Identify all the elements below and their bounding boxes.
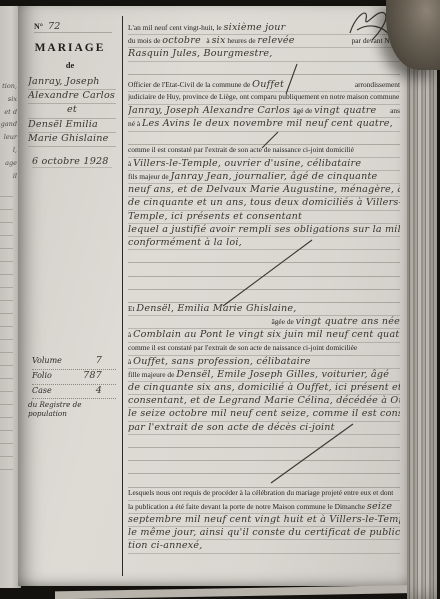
printed-text: heures de bbox=[226, 36, 258, 45]
printed-text: Officier de l'Etat-Civil de la commune d… bbox=[128, 80, 252, 89]
handwritten-text: sixième jour bbox=[224, 22, 286, 33]
act-text-line: septembre mil neuf cent vingt huit et à … bbox=[128, 514, 400, 527]
registry-row: Volume7 bbox=[32, 355, 116, 370]
printed-text: à bbox=[201, 36, 212, 45]
handwritten-text: de cinquante et un ans, tous deux domici… bbox=[128, 197, 400, 208]
handwritten-text: Comblain au Pont le vingt six juin mil n… bbox=[133, 329, 400, 340]
act-text-line: à Comblain au Pont le vingt six juin mil… bbox=[128, 329, 400, 342]
printed-text: fille majeure de bbox=[128, 370, 176, 379]
neighbor-text-fragment: il bbox=[13, 172, 17, 180]
printed-text: Lesquels nous ont requis de procéder à l… bbox=[128, 488, 393, 497]
act-text-line: le même jour, ainsi qu'il conste du cert… bbox=[128, 527, 400, 540]
act-text-line: Officier de l'Etat-Civil de la commune d… bbox=[128, 79, 400, 92]
ruled-blank-line bbox=[128, 461, 400, 474]
neighbor-text-fragment: leur bbox=[4, 133, 17, 141]
act-text-line: du mois de octobre à six heures de relev… bbox=[128, 35, 400, 48]
handwritten-text: Temple, ici présents et consentant bbox=[128, 211, 302, 222]
act-text-line: Et Densël, Emilia Marie Ghislaine, bbox=[128, 303, 400, 316]
handwritten-text: neuf ans, et de Delvaux Marie Augustine,… bbox=[128, 184, 400, 195]
printed-text: comme il est constaté par l'extrait de s… bbox=[128, 145, 354, 154]
handwritten-text: Ouffet, sans profession, célibataire bbox=[133, 356, 310, 367]
act-text-line: la publication a été faite devant la por… bbox=[128, 501, 400, 514]
act-text-line: Lesquels nous ont requis de procéder à l… bbox=[128, 488, 400, 501]
handwritten-text: Villers-le-Temple, ouvrier d'usine, céli… bbox=[133, 158, 361, 169]
handwritten-text: lequel a justifié avoir rempli ses oblig… bbox=[128, 224, 400, 235]
act-text-line: comme il est constaté par l'extrait de s… bbox=[128, 343, 400, 356]
party-name-line: Alexandre Carlos bbox=[28, 90, 116, 104]
act-number: N° 72 bbox=[34, 21, 112, 33]
ruled-blank-line bbox=[128, 290, 400, 303]
act-text-line: L'an mil neuf cent vingt-huit, le sixièm… bbox=[128, 22, 400, 35]
act-text-line: par l'extrait de son acte de décès ci-jo… bbox=[128, 422, 400, 435]
neighbor-text-fragment: tion, bbox=[2, 82, 17, 90]
registry-value: 4 bbox=[96, 385, 102, 396]
handwritten-text: consentant, et de Legrand Marie Célina, … bbox=[128, 395, 400, 406]
handwritten-text: septembre mil neuf cent vingt huit et à … bbox=[128, 514, 400, 525]
act-body-text: L'an mil neuf cent vingt-huit, le sixièm… bbox=[128, 22, 400, 554]
registry-value: 787 bbox=[83, 370, 102, 381]
act-text-line: Janray, Joseph Alexandre Carlos âgé de v… bbox=[128, 105, 400, 118]
registry-row: Case4 bbox=[32, 385, 116, 400]
act-text-line: le seize octobre mil neuf cent seize, co… bbox=[128, 408, 400, 421]
handwritten-text: relevée bbox=[257, 35, 294, 46]
act-text-line: judiciaire de Huy, province de Liège, on… bbox=[128, 92, 400, 105]
handwritten-text: tion ci-annexé, bbox=[128, 540, 203, 551]
handwritten-text: de cinquante six ans, domicilié à Ouffet… bbox=[128, 382, 400, 393]
ruled-blank-line bbox=[128, 263, 400, 276]
ruled-blank-line bbox=[128, 277, 400, 290]
ruled-blank-line bbox=[128, 250, 400, 263]
registry-label: Volume bbox=[32, 356, 62, 365]
handwritten-text: par l'extrait de son acte de décès ci-jo… bbox=[128, 422, 335, 433]
registry-row: Folio787 bbox=[32, 370, 116, 385]
printed-text: né à bbox=[128, 119, 142, 128]
registry-label: Case bbox=[32, 386, 52, 395]
neighbor-text-fragment: six bbox=[8, 95, 17, 103]
act-title-of: de bbox=[18, 60, 122, 70]
margin-separator-rule bbox=[122, 16, 123, 576]
printed-text: la publication a été faite devant la por… bbox=[128, 502, 367, 511]
ruled-blank-line bbox=[128, 132, 400, 145]
printed-text: âgée de bbox=[271, 317, 295, 326]
handwritten-text: Janray, Joseph Alexandre Carlos bbox=[128, 105, 293, 116]
ruled-blank-line bbox=[128, 62, 400, 75]
act-text-line: de cinquante et un ans, tous deux domici… bbox=[128, 197, 400, 210]
act-text-line: né à Les Avins le deux novembre mil neuf… bbox=[128, 118, 400, 131]
party-name-line: Janray, Joseph bbox=[28, 76, 116, 90]
printed-text: ans bbox=[390, 106, 400, 115]
registry-value: 7 bbox=[96, 355, 102, 366]
scanned-register-photo: tion,sixet dgandleurl,ageil N° 72 MARIAG… bbox=[0, 0, 440, 599]
act-text-line: de cinquante six ans, domicilié à Ouffet… bbox=[128, 382, 400, 395]
act-text-line: Temple, ici présents et consentant bbox=[128, 211, 400, 224]
act-text-line: à Ouffet, sans profession, célibataire bbox=[128, 356, 400, 369]
party-name-line: et bbox=[28, 104, 116, 118]
registry-note: du Registre de population bbox=[28, 400, 122, 418]
printed-text: fils majeur de bbox=[128, 172, 170, 181]
handwritten-text: le seize octobre mil neuf cent seize, co… bbox=[128, 408, 400, 419]
handwritten-text: six bbox=[212, 35, 226, 46]
printed-text: arrondissement bbox=[355, 80, 400, 89]
act-title: MARIAGE bbox=[18, 42, 122, 54]
handwritten-text: Les Avins le deux novembre mil neuf cent… bbox=[142, 118, 393, 129]
handwritten-text: vingt quatre ans née bbox=[296, 316, 400, 327]
registry-label: Folio bbox=[32, 371, 52, 380]
handwritten-text: vingt quatre bbox=[314, 105, 376, 116]
ruled-blank-line bbox=[128, 474, 400, 487]
registry-references: Volume7Folio787Case4 bbox=[32, 355, 116, 399]
act-text-line: comme il est constaté par l'extrait de s… bbox=[128, 145, 400, 158]
handwritten-text: conformément à la loi, bbox=[128, 237, 242, 248]
parties-names: Janray, JosephAlexandre CarlosetDensël E… bbox=[28, 76, 116, 147]
act-text-line: lequel a justifié avoir rempli ses oblig… bbox=[128, 224, 400, 237]
act-date: 6 octobre 1928 bbox=[32, 156, 112, 168]
neighbor-text-fragment: l, bbox=[13, 146, 17, 154]
act-text-line: fille majeure de Densël, Emile Joseph Gi… bbox=[128, 369, 400, 382]
act-text-line: fils majeur de Janray Jean, journalier, … bbox=[128, 171, 400, 184]
neighbor-text-fragment: gand bbox=[1, 120, 17, 128]
act-text-line: consentant, et de Legrand Marie Célina, … bbox=[128, 395, 400, 408]
act-text-line: à Villers-le-Temple, ouvrier d'usine, cé… bbox=[128, 158, 400, 171]
neighbor-text-fragment: et d bbox=[4, 108, 17, 116]
act-number-value: 72 bbox=[48, 21, 61, 32]
handwritten-text: octobre bbox=[162, 35, 201, 46]
printed-text: comme il est constaté par l'extrait de s… bbox=[128, 343, 357, 352]
printed-text: du mois de bbox=[128, 36, 162, 45]
printed-text: judiciaire de Huy, province de Liège, on… bbox=[128, 92, 399, 101]
handwritten-text: Densël, Emile Joseph Gilles, voiturier, … bbox=[176, 369, 389, 380]
act-text-line: âgée de vingt quatre ans née bbox=[128, 316, 400, 329]
neighbor-text-fragment: age bbox=[5, 159, 17, 167]
act-text-line: tion ci-annexé, bbox=[128, 540, 400, 553]
underlying-page-edge bbox=[55, 585, 435, 599]
handwritten-text: Densël, Emilia Marie Ghislaine, bbox=[136, 303, 296, 314]
handwritten-text: seize bbox=[367, 501, 392, 512]
party-name-line: Marie Ghislaine bbox=[28, 133, 116, 147]
book-page-edges bbox=[407, 0, 437, 599]
act-text-line: Rasquin Jules, Bourgmestre, bbox=[128, 48, 400, 61]
printed-text: âgé de bbox=[293, 106, 314, 115]
handwritten-text: Janray Jean, journalier, âgé de cinquant… bbox=[170, 171, 377, 182]
neighbor-page-ruled-lines bbox=[0, 184, 13, 479]
handwritten-text: Rasquin Jules, Bourgmestre, bbox=[128, 48, 273, 59]
act-text-line: neuf ans, et de Delvaux Marie Augustine,… bbox=[128, 184, 400, 197]
handwritten-text: Ouffet bbox=[252, 79, 284, 90]
printed-text: L'an mil neuf cent vingt-huit, le bbox=[128, 23, 224, 32]
ruled-blank-line bbox=[128, 448, 400, 461]
register-page: N° 72 MARIAGE de Janray, JosephAlexandre… bbox=[18, 6, 408, 586]
act-number-label: N° bbox=[34, 22, 43, 31]
margin-column: N° 72 MARIAGE de Janray, JosephAlexandre… bbox=[18, 6, 122, 586]
party-name-line: Densël Emilia bbox=[28, 119, 116, 133]
handwritten-text: le même jour, ainsi qu'il conste du cert… bbox=[128, 527, 400, 538]
act-text-line: conformément à la loi, bbox=[128, 237, 400, 250]
ruled-blank-line bbox=[128, 435, 400, 448]
